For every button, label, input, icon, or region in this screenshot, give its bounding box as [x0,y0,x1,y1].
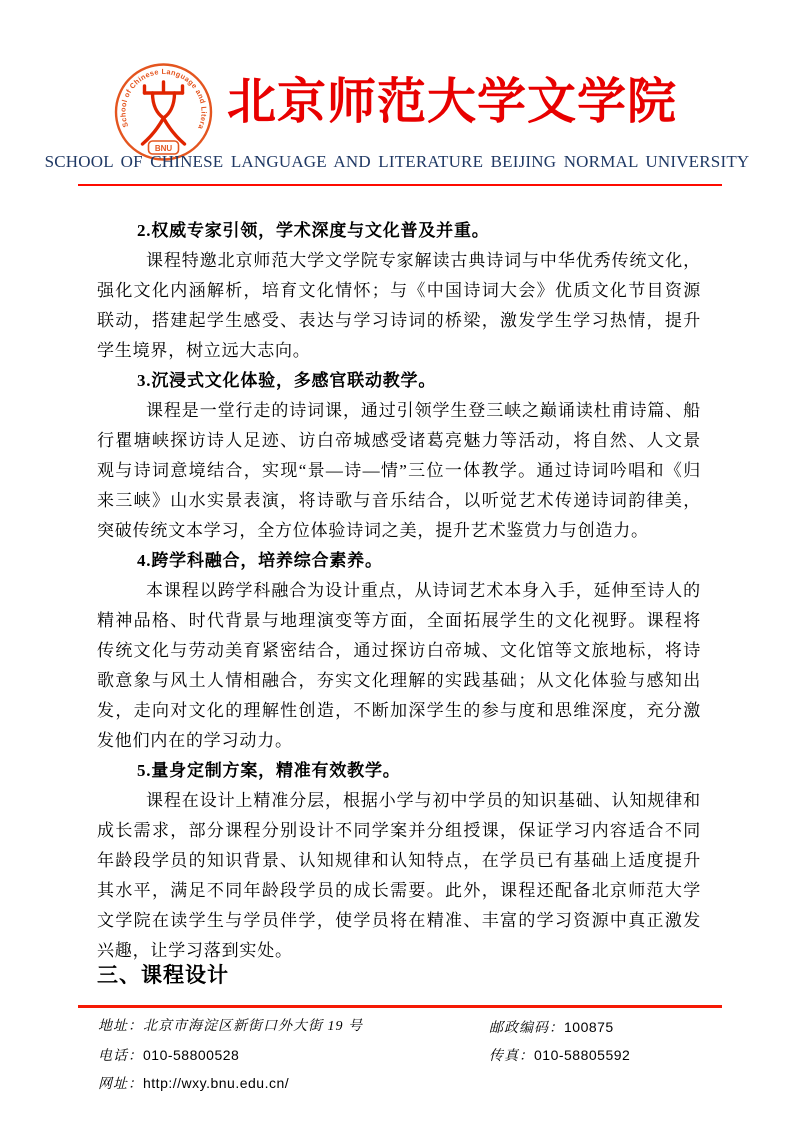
section-5-heading: 5.量身定制方案，精准有效教学。 [97,756,701,786]
section-2: 2.权威专家引领，学术深度与文化普及并重。 课程特邀北京师范大学文学院专家解读古… [97,216,701,366]
section-3: 3.沉浸式文化体验，多感官联动教学。 课程是一堂行走的诗词课，通过引领学生登三峡… [97,366,701,546]
website-label: 网址： [98,1077,143,1092]
website-value: http://wxy.bnu.edu.cn/ [143,1075,289,1091]
phone-value: 010-58800528 [143,1047,239,1063]
footer-row-1: 地址：北京市海淀区新街口外大街 19 号 邮政编码：100875 [98,1013,722,1041]
section-4-body: 本课程以跨学科融合为设计重点，从诗词艺术本身入手，延伸至诗人的精神品格、时代背景… [97,576,701,756]
header-divider [78,184,722,186]
section-5-body: 课程在设计上精准分层，根据小学与初中学员的知识基础、认知规律和成长需求，部分课程… [97,786,701,966]
document-page: School of Chinese Language and Literatur… [0,0,794,1123]
address-value: 北京市海淀区新街口外大街 19 号 [143,1019,363,1034]
school-subtitle: SCHOOL OF CHINESE LANGUAGE AND LITERATUR… [0,151,794,173]
postal-code-value: 100875 [564,1019,614,1035]
chapter-title-course-design: 三、课程设计 [97,960,229,990]
address-label: 地址： [98,1019,143,1034]
school-title: 北京师范大学文学院 [227,72,707,132]
section-2-heading: 2.权威专家引领，学术深度与文化普及并重。 [97,216,701,246]
footer-divider [78,1005,722,1008]
section-3-body: 课程是一堂行走的诗词课，通过引领学生登三峡之巅诵读杜甫诗篇、船行瞿塘峡探访诗人足… [97,396,701,546]
postal-code-label: 邮政编码： [489,1021,564,1036]
section-4-heading: 4.跨学科融合，培养综合素养。 [97,546,701,576]
school-seal-logo-icon: School of Chinese Language and Literatur… [112,62,215,162]
section-2-body: 课程特邀北京师范大学文学院专家解读古典诗词与中华优秀传统文化，强化文化内涵解析，… [97,246,701,366]
section-3-heading: 3.沉浸式文化体验，多感官联动教学。 [97,366,701,396]
fax-value: 010-58805592 [534,1047,630,1063]
logo-wen-symbol [143,82,185,144]
fax-label: 传真： [489,1049,534,1064]
document-body: 2.权威专家引领，学术深度与文化普及并重。 课程特邀北京师范大学文学院专家解读古… [97,216,701,966]
section-4: 4.跨学科融合，培养综合素养。 本课程以跨学科融合为设计重点，从诗词艺术本身入手… [97,546,701,756]
footer-row-3: 网址：http://wxy.bnu.edu.cn/ [98,1069,722,1097]
phone-label: 电话： [98,1049,143,1064]
page-footer: 地址：北京市海淀区新街口外大街 19 号 邮政编码：100875 电话：010-… [98,1013,722,1097]
section-5: 5.量身定制方案，精准有效教学。 课程在设计上精准分层，根据小学与初中学员的知识… [97,756,701,966]
footer-row-2: 电话：010-58800528 传真：010-58805592 [98,1041,722,1069]
